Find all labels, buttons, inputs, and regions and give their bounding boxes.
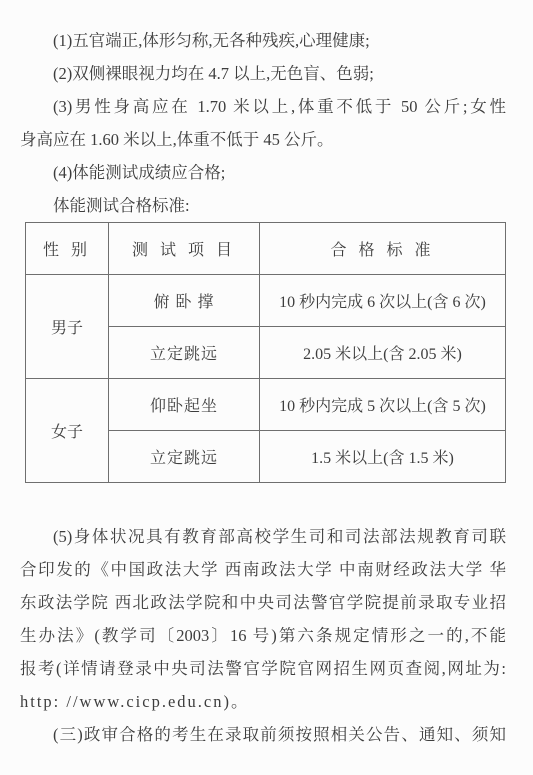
cell-item-pushup: 俯 卧 撑 — [109, 275, 260, 327]
text-line-8: 合印发的《中国政法大学 西南政法大学 中南财经政法大学 华 — [20, 553, 506, 586]
cell-item-longjump-female: 立定跳远 — [109, 431, 260, 483]
footer-text: (5)身体状况具有教育部高校学生司和司法部法规教育司联 合印发的《中国政法大学 … — [20, 520, 506, 751]
col-header-test-item: 测 试 项 目 — [109, 223, 260, 275]
text-line-6: 体能测试合格标准: — [20, 189, 506, 222]
cell-standard-longjump-male: 2.05 米以上(含 2.05 米) — [260, 327, 506, 379]
text-line-4: 身高应在 1.60 米以上,体重不低于 45 公斤。 — [20, 123, 506, 156]
col-header-standard: 合 格 标 准 — [260, 223, 506, 275]
text-line-3: (3)男性身高应在 1.70 米以上,体重不低于 50 公斤;女性 — [20, 90, 506, 123]
text-line-11: 报考(详情请登录中央司法警官学院官网招生网页查阅,网址为: — [20, 652, 506, 685]
text-line-7: (5)身体状况具有教育部高校学生司和司法部法规教育司联 — [20, 520, 506, 553]
table-row: 男子 俯 卧 撑 10 秒内完成 6 次以上(含 6 次) — [26, 275, 506, 327]
body-text: (1)五官端正,体形匀称,无各种残疾,心理健康; (2)双侧裸眼视力均在 4.7… — [20, 24, 506, 222]
table-header-row: 性 别 测 试 项 目 合 格 标 准 — [26, 223, 506, 275]
text-line-10: 生办法》(教学司〔2003〕16 号)第六条规定情形之一的,不能 — [20, 619, 506, 652]
cell-standard-longjump-female: 1.5 米以上(含 1.5 米) — [260, 431, 506, 483]
col-header-gender: 性 别 — [26, 223, 109, 275]
cell-standard-pushup: 10 秒内完成 6 次以上(含 6 次) — [260, 275, 506, 327]
table-row: 女子 仰卧起坐 10 秒内完成 5 次以上(含 5 次) — [26, 379, 506, 431]
cell-item-longjump-male: 立定跳远 — [109, 327, 260, 379]
fitness-standards-table: 性 别 测 试 项 目 合 格 标 准 男子 俯 卧 撑 10 秒内完成 6 次… — [25, 222, 506, 483]
text-line-12-url: http: //www.cicp.edu.cn)。 — [20, 685, 506, 718]
cell-gender-male: 男子 — [26, 275, 109, 379]
cell-gender-female: 女子 — [26, 379, 109, 483]
cell-standard-situp: 10 秒内完成 5 次以上(含 5 次) — [260, 379, 506, 431]
document-page: (1)五官端正,体形匀称,无各种残疾,心理健康; (2)双侧裸眼视力均在 4.7… — [0, 0, 533, 775]
text-line-9: 东政法学院 西北政法学院和中央司法警官学院提前录取专业招 — [20, 586, 506, 619]
text-line-13: (三)政审合格的考生在录取前须按照相关公告、通知、须知 — [20, 718, 506, 751]
text-line-1: (1)五官端正,体形匀称,无各种残疾,心理健康; — [20, 24, 506, 57]
cell-item-situp: 仰卧起坐 — [109, 379, 260, 431]
text-line-5: (4)体能测试成绩应合格; — [20, 156, 506, 189]
text-line-2: (2)双侧裸眼视力均在 4.7 以上,无色盲、色弱; — [20, 57, 506, 90]
